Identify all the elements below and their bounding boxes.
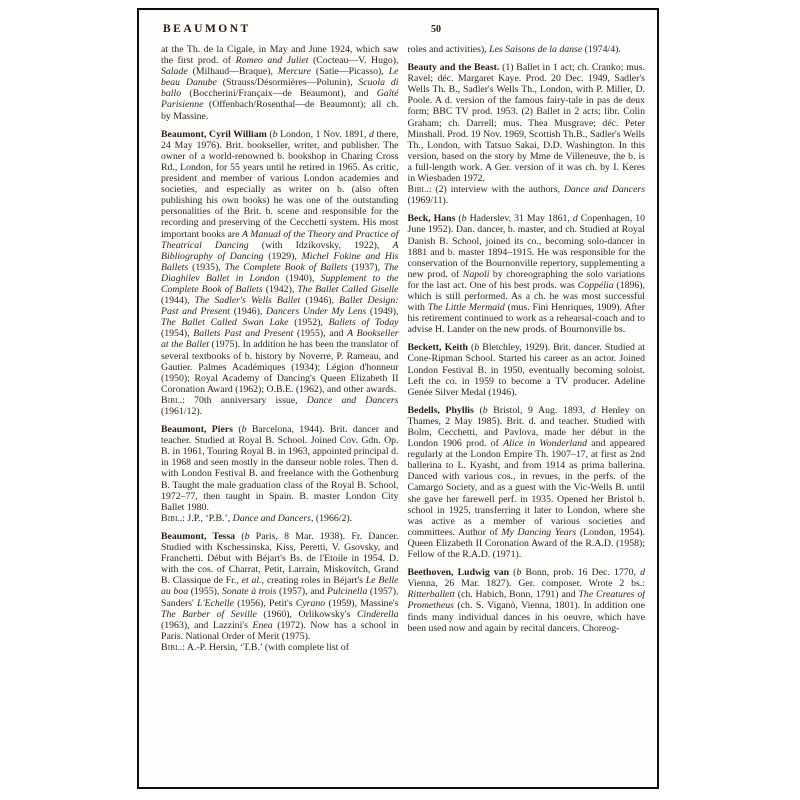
body-text: and appeared regularly at the London Emp… bbox=[408, 438, 646, 538]
entry-headword: Beckett, Keith bbox=[408, 342, 468, 353]
body-text: (1940), bbox=[279, 273, 320, 284]
bibliography-line: Bibl.: 70th anniversary issue, Dance and… bbox=[161, 395, 399, 417]
italic-text: Les Saisons de la danse bbox=[489, 44, 582, 55]
left-column: at the Th. de la Cigale, in May and June… bbox=[161, 44, 399, 783]
italic-text: Ritterballett bbox=[408, 589, 455, 600]
body-text: (1946), bbox=[230, 306, 266, 317]
page-header: BEAUMONT 50 bbox=[163, 23, 641, 39]
italic-text: Dance and Dancers bbox=[307, 395, 399, 406]
body-text: (1959), Massine's bbox=[325, 598, 398, 609]
entry-headword: Beck, Hans bbox=[408, 213, 456, 224]
entry-paragraph: Beaumont, Piers (b Barcelona, 1944). Bri… bbox=[161, 424, 399, 513]
italic-text: Pulcinella bbox=[327, 586, 367, 597]
body-text: Barcelona, 1944). Brit. dancer and teach… bbox=[161, 424, 399, 513]
body-text: : A.-P. Hersin, ‘T.B.’ (with complete li… bbox=[182, 642, 349, 653]
italic-text: Sonate à trois bbox=[222, 586, 276, 597]
body-text: (1955), and bbox=[293, 328, 347, 339]
entry-paragraph: Beethoven, Ludwig van (b Bonn, prob. 16 … bbox=[408, 567, 646, 634]
body-text: (Strauss/Désormières—Polunin), bbox=[217, 77, 358, 88]
italic-text: Ballets of Today bbox=[329, 317, 399, 328]
italic-text: Mercure bbox=[278, 66, 311, 77]
body-text: (1944), bbox=[161, 295, 195, 306]
body-text: (1952), bbox=[289, 317, 329, 328]
italic-text: d bbox=[640, 567, 645, 578]
body-text: , (1966/2). bbox=[311, 513, 352, 524]
body-text: (Cocteau—V. Hugo), bbox=[308, 55, 398, 66]
italic-text: Napoli bbox=[463, 269, 490, 280]
italic-text: Cinderella bbox=[357, 609, 399, 620]
right-column: roles and activities), Les Saisons de la… bbox=[408, 44, 646, 783]
body-text: , creating roles in Béjart's bbox=[262, 575, 366, 586]
body-text: roles and activities), bbox=[408, 44, 490, 55]
bibliography-line: Bibl.: J.P., ‘P.B.’, Dance and Dancers, … bbox=[161, 513, 399, 524]
italic-text: Dance and Dancers bbox=[233, 513, 311, 524]
italic-text: The Ballet Called Giselle bbox=[297, 284, 398, 295]
body-text: (with Idzikovsky, 1922), bbox=[249, 240, 393, 251]
body-text: ( bbox=[233, 424, 242, 435]
bibl-label: Bibl. bbox=[161, 395, 182, 406]
body-text: Vienna, 26 Mar. 1827). Ger. composer. Wr… bbox=[408, 578, 646, 589]
italic-text: Ballets Past and Present bbox=[193, 328, 293, 339]
body-text: Bonn, prob. 16 Dec. 1770, bbox=[521, 567, 640, 578]
italic-text: et al. bbox=[242, 575, 262, 586]
body-text: London, 1 Nov. 1891, bbox=[278, 129, 369, 140]
entry-paragraph: Beck, Hans (b Haderslev, 31 May 1861, d … bbox=[408, 213, 646, 335]
body-text: Bristol, 9 Aug. 1893, bbox=[488, 405, 591, 416]
italic-text: L'Echelle bbox=[197, 598, 234, 609]
bibl-label: Bibl. bbox=[408, 184, 429, 195]
italic-text: Romeo and Juliet bbox=[236, 55, 309, 66]
body-text: : J.P., ‘P.B.’, bbox=[182, 513, 232, 524]
italic-text: The Complete Book of Ballets bbox=[225, 262, 348, 273]
bibliography-line: Bibl.: (2) interview with the authors, D… bbox=[408, 184, 646, 206]
continuation-paragraph: at the Th. de la Cigale, in May and June… bbox=[161, 44, 399, 122]
body-text: (1) Ballet in 1 act; ch. Cranko; mus. Ra… bbox=[408, 62, 646, 184]
continuation-paragraph: roles and activities), Les Saisons de la… bbox=[408, 44, 646, 55]
entry-paragraph: Bedells, Phyllis (b Bristol, 9 Aug. 1893… bbox=[408, 405, 646, 560]
body-text: (1942), bbox=[263, 284, 298, 295]
body-text: (1954), bbox=[161, 328, 193, 339]
bibliography-line: Bibl.: A.-P. Hersin, ‘T.B.’ (with comple… bbox=[161, 642, 399, 653]
italic-text: Salade bbox=[161, 66, 188, 77]
body-text: (Boccherini/Françaix—de Beaumont), and bbox=[181, 88, 377, 99]
entry-headword: Bedells, Phyllis bbox=[408, 405, 474, 416]
italic-text: Coppélia bbox=[578, 280, 614, 291]
body-text: (1949), bbox=[366, 306, 398, 317]
body-text: : 70th anniversary issue, bbox=[182, 395, 306, 406]
entry-headword: Beethoven, Ludwig van bbox=[408, 567, 510, 578]
body-text: (ch. Habich, Bonn, 1791) and bbox=[455, 589, 579, 600]
italic-text: Cyrano bbox=[296, 598, 325, 609]
entry-headword: Beauty and the Beast. bbox=[408, 62, 500, 73]
italic-text: The Sadler's Wells Ballet bbox=[195, 295, 301, 306]
bibl-label: Bibl. bbox=[161, 513, 182, 524]
dictionary-page: BEAUMONT 50 at the Th. de la Cigale, in … bbox=[137, 8, 659, 789]
page-number: 50 bbox=[431, 24, 441, 35]
body-text: (1957), and bbox=[276, 586, 327, 597]
body-text: : (2) interview with the authors, bbox=[429, 184, 564, 195]
italic-text: Alice in Wonderland bbox=[503, 438, 587, 449]
body-text: (1969/11). bbox=[408, 195, 449, 206]
body-text: (1937), bbox=[347, 262, 383, 273]
body-text: (Milhaud—Braque), bbox=[188, 66, 278, 77]
scanned-page-background: BEAUMONT 50 at the Th. de la Cigale, in … bbox=[0, 0, 800, 800]
bibl-label: Bibl. bbox=[161, 642, 182, 653]
body-text: (1960), Orlikowsky's bbox=[257, 609, 357, 620]
body-text: (Satie—Picasso), bbox=[311, 66, 389, 77]
body-text: Haderslev, 31 May 1861, bbox=[467, 213, 573, 224]
body-text: (1956), Petit's bbox=[234, 598, 296, 609]
body-text: (1929), bbox=[264, 251, 302, 262]
italic-text: Enea bbox=[252, 620, 272, 631]
body-text: (1955), bbox=[188, 586, 222, 597]
entry-paragraph: Beauty and the Beast. (1) Ballet in 1 ac… bbox=[408, 62, 646, 184]
entry-paragraph: Beaumont, Cyril William (b London, 1 Nov… bbox=[161, 129, 399, 395]
italic-text: The Ballet Called Swan Lake bbox=[161, 317, 289, 328]
body-text: (1961/12). bbox=[161, 406, 202, 417]
entry-headword: Beaumont, Cyril William bbox=[161, 129, 267, 140]
entry-paragraph: Beaumont, Tessa (b Paris, 8 Mar. 1938). … bbox=[161, 531, 399, 642]
text-columns: at the Th. de la Cigale, in May and June… bbox=[161, 44, 645, 783]
body-text: ( bbox=[235, 531, 245, 542]
body-text: (1963), and Lazzini's bbox=[161, 620, 252, 631]
body-text: (1974/4). bbox=[582, 44, 621, 55]
body-text: there, 24 May 1976). Brit. bookseller, w… bbox=[161, 129, 399, 240]
body-text: (1946), bbox=[300, 295, 339, 306]
body-text: ( bbox=[474, 405, 483, 416]
entry-headword: Beaumont, Piers bbox=[161, 424, 233, 435]
body-text: (1935), bbox=[188, 262, 224, 273]
italic-text: Dancers Under My Lens bbox=[266, 306, 366, 317]
italic-text: The Little Mermaid bbox=[428, 302, 505, 313]
entry-headword: Beaumont, Tessa bbox=[161, 531, 235, 542]
italic-text: The Barber of Seville bbox=[161, 609, 257, 620]
running-head: BEAUMONT bbox=[163, 23, 251, 35]
entry-paragraph: Beckett, Keith (b Bletchley, 1929). Brit… bbox=[408, 342, 646, 397]
italic-text: My Dancing Years bbox=[501, 527, 576, 538]
italic-text: Dance and Dancers bbox=[564, 184, 645, 195]
